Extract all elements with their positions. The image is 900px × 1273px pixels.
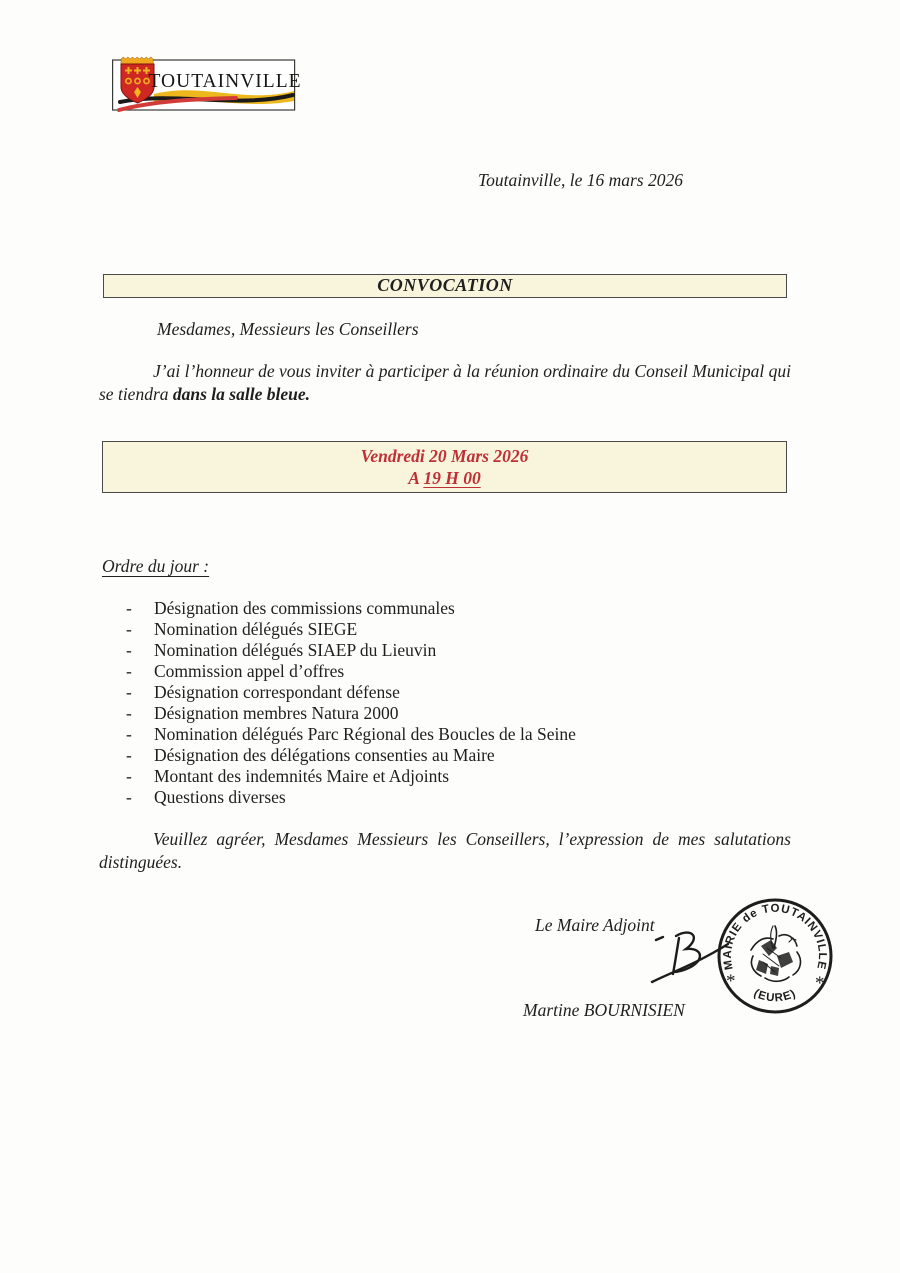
signer-name: Martine BOURNISIEN [523,1000,685,1021]
stamp-bottom-text: (EURE) [752,987,799,1004]
agenda-item: -Commission appel d’offres [126,661,576,682]
agenda-item: -Désignation des commissions communales [126,598,576,619]
meeting-time-value: 19 H 00 [423,468,480,488]
crown-icon [121,57,153,64]
salutation: Mesdames, Messieurs les Conseillers [157,319,419,340]
agenda-item: -Montant des indemnités Maire et Adjoint… [126,766,576,787]
bullet-dash: - [126,787,154,808]
agenda-item-text: Désignation des commissions communales [154,598,455,619]
agenda-item-text: Montant des indemnités Maire et Adjoints [154,766,449,787]
meeting-time: A 19 H 00 [103,468,786,490]
agenda-heading: Ordre du jour : [102,556,209,577]
bullet-dash: - [126,619,154,640]
bullet-dash: - [126,661,154,682]
closing-paragraph: Veuillez agréer, Mesdames Messieurs les … [99,828,791,873]
bullet-dash: - [126,745,154,766]
logo-text: TOUTAINVILLE [148,71,301,92]
agenda-item-text: Nomination délégués SIAEP du Lieuvin [154,640,436,661]
bullet-dash: - [126,724,154,745]
agenda-list: -Désignation des commissions communales … [126,598,576,808]
bullet-dash: - [126,640,154,661]
agenda-item: -Questions diverses [126,787,576,808]
intro-bold-text: dans la salle bleue. [173,384,310,404]
agenda-item: -Désignation membres Natura 2000 [126,703,576,724]
agenda-item-text: Nomination délégués Parc Régional des Bo… [154,724,576,745]
meeting-time-prefix: A [408,468,423,488]
meeting-date: Vendredi 20 Mars 2026 [103,446,786,468]
scanned-letter-page: TOUTAINVILLE Toutainville, le 16 mars 20… [0,0,900,1273]
bullet-dash: - [126,682,154,703]
agenda-item-text: Désignation membres Natura 2000 [154,703,398,724]
agenda-item: -Désignation des délégations consenties … [126,745,576,766]
agenda-item-text: Commission appel d’offres [154,661,344,682]
mairie-stamp: MAIRIE de TOUTAINVILLE (EURE) * * [714,895,836,1017]
convocation-title: CONVOCATION [377,275,513,295]
intro-paragraph: J’ai l’honneur de vous inviter à partici… [99,360,791,406]
stamp-star-right: * [815,973,825,994]
agenda-item-text: Nomination délégués SIEGE [154,619,357,640]
stamp-coat-of-arms [751,926,800,981]
bullet-dash: - [126,703,154,724]
agenda-item-text: Désignation des délégations consenties a… [154,745,495,766]
agenda-item: -Nomination délégués SIEGE [126,619,576,640]
convocation-banner: CONVOCATION [103,274,787,298]
bullet-dash: - [126,598,154,619]
meeting-datetime-banner: Vendredi 20 Mars 2026 A 19 H 00 [102,441,787,493]
agenda-item: -Désignation correspondant défense [126,682,576,703]
date-line: Toutainville, le 16 mars 2026 [478,170,683,191]
signer-role: Le Maire Adjoint [535,915,655,936]
stamp-star-left: * [726,971,736,992]
agenda-item: -Nomination délégués SIAEP du Lieuvin [126,640,576,661]
agenda-item-text: Désignation correspondant défense [154,682,400,703]
toutainville-logo: TOUTAINVILLE [112,57,300,123]
agenda-item: -Nomination délégués Parc Régional des B… [126,724,576,745]
agenda-item-text: Questions diverses [154,787,286,808]
bullet-dash: - [126,766,154,787]
